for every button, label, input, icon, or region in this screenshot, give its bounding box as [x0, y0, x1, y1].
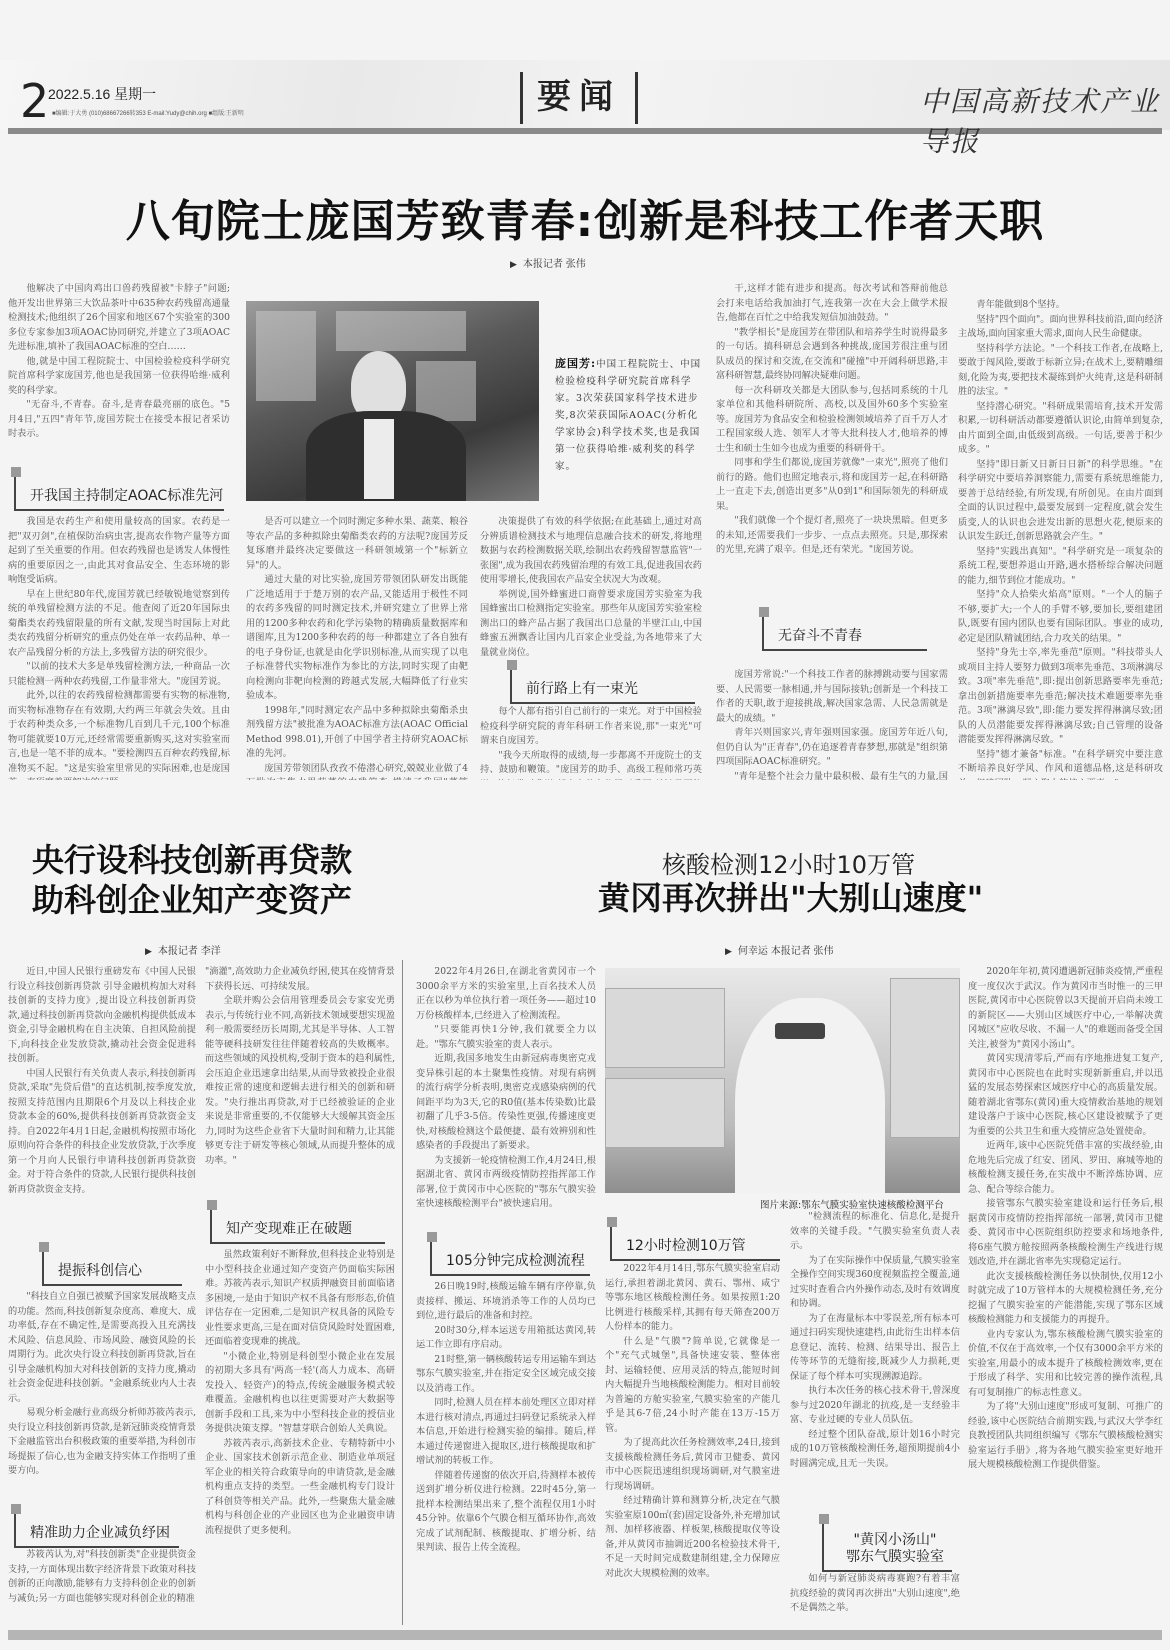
subhead-text: 无奋斗不青春: [778, 628, 862, 644]
subhead-text: 精准助力企业减负纾困: [30, 1525, 170, 1541]
paragraph: 1998年,"同时测定农产品中多种拟除虫菊酯杀虫剂残留方法"被批准为AOAC标准…: [246, 704, 468, 762]
paragraph: "检测流程的标准化、信息化,是提升效率的关键手段。"气膜实验室负责人表示。: [790, 1210, 960, 1254]
paragraph: "无奋斗,不青春。奋斗,是青春最亮丽的底色。"5月4日,"五四"青年节,庞国芳院…: [8, 398, 230, 442]
article1-col2b: 是否可以建立一个同时测定多种水果、蔬菜、粮谷等农产品的多种拟除虫菊酯类农药的方法…: [246, 515, 468, 780]
subhead-text: 前行路上有一束光: [526, 681, 638, 697]
article2-headline-line1: 央行设科技创新再贷款: [32, 840, 352, 880]
paragraph: "科技自立自强已被赋予国家发展战略支点的功能。然而,科技创新复杂度高、难度大、成…: [8, 1290, 196, 1406]
article2-col1c: 苏筱芮认为,对"科技创新类"企业提供资金支持,一方面体现出数字经济背景下政策对科…: [8, 1548, 196, 1623]
article1-col1: 他解决了中国肉鸡出口兽药残留被"卡脖子"问题;他开发出世界第三大饮品茶叶中635…: [8, 282, 230, 447]
page-number: 2: [20, 78, 49, 124]
subhead-ip: 知产变现难正在破题: [210, 1208, 385, 1244]
bottom-rule: [8, 1630, 1162, 1640]
paragraph: 为了提高此次任务检测效率,24日,接到支援核酸检测任务后,黄冈市卫健委、黄冈市中…: [605, 1436, 780, 1494]
subhead-text-line1: "黄冈小汤山": [838, 1532, 952, 1549]
paragraph: 2022年4月26日,在湖北省黄冈市一个3000余平方米的实验室里,上百名技术人…: [416, 965, 596, 1023]
paragraph: 庞国芳带领团队孜孜不倦潜心研究,兢兢业业做了4万批次市售水果蔬菜的农残筛查,摸清…: [246, 762, 468, 781]
article1-byline: ▶本报记者 张伟: [510, 255, 586, 270]
paragraph: "青年是整个社会力量中最积极、最有生气的力量,国家的希望在青年,民族的未来在青年…: [716, 770, 948, 781]
paragraph: 经过整个团队奋战,原计划16小时完成的10万管核酸检测任务,超预期提前4小时圆满…: [790, 1428, 960, 1472]
article2-col1: 近日,中国人民银行重磅发布《中国人民银行设立科技创新再贷款 引导金融机构加大对科…: [8, 965, 196, 1240]
subhead-105min: 105分钟完成检测流程: [430, 1240, 590, 1276]
square-marker-icon: [39, 1242, 49, 1252]
paragraph: 坚持"实践出真知"。"科学研究是一项复杂的系统工程,要想养退山开路,遇水搭桥综合…: [958, 545, 1163, 589]
subhead-text: 提振科创信心: [58, 1263, 142, 1279]
square-marker-icon: [427, 1232, 437, 1242]
paragraph: 21时整,第一辆核酸转运专用运输车到达鄂东气膜实验室,并在指定安全区域完成交接以…: [416, 1353, 596, 1397]
article2-col2b: 虽然政策利好不断释放,但科技企业特别是中小型科技企业通过知产变资产仍面临实际困难…: [205, 1248, 395, 1623]
paragraph: 是否可以建立一个同时测定多种水果、蔬菜、粮谷等农产品的多种拟除虫菊酯类农药的方法…: [246, 515, 468, 573]
section-title: 要闻: [520, 72, 638, 124]
subhead-confidence: 提振科创信心: [42, 1250, 182, 1286]
paragraph: 同时,检测人员在样本前处理区立即对样本进行核对清点,再通过扫码登记系统录入样本信…: [416, 1396, 596, 1469]
caption-text: 中国工程院院士、中国检验检疫科学研究院首席科学家。3次荣获国家科学技术进步奖,8…: [555, 359, 701, 472]
article1-photo-caption: 庞国芳:中国工程院院士、中国检验检疫科学研究院首席科学家。3次荣获国家科学技术进…: [555, 355, 705, 475]
paragraph: 此次支援核酸检测任务以快制快,仅用12小时就完成了10万管样本的大规模检测任务,…: [968, 1270, 1163, 1328]
paragraph: 执行本次任务的核心技术骨干,曾深度参与过2020年湖北的抗疫,是一支经验丰富、专…: [790, 1384, 960, 1428]
article3-col1b: 26日晚19时,核酸运输车辆有序停靠,负责接样、搬运、环境消杀等工作的人员均已到…: [416, 1280, 596, 1625]
issue-date: 2022.5.16 星期一: [48, 84, 156, 104]
square-marker-icon: [207, 1200, 217, 1210]
paragraph: 接管鄂东气膜实验室建设和运行任务后,根据黄冈市疫情防控指挥部统一部署,黄冈市卫健…: [968, 1197, 1163, 1270]
article3-col1: 2022年4月26日,在湖北省黄冈市一个3000余平方米的实验室里,上百名技术人…: [416, 965, 596, 1230]
paragraph: 坚持"身先士卒,率先垂范"原则。"科技带头人或项目主持人要努力做到3项率先垂范、…: [958, 646, 1163, 748]
byline-text: 本报记者 李洋: [158, 946, 221, 957]
paragraph: 近两年,该中心医院凭借丰富的实战经验,由危地先后完成了红安、团风、罗田、麻城等地…: [968, 1139, 1163, 1197]
article2-col2: "滴灌",高效助力企业减负纾困,使其在疫情背景下获得长远、可持续发展。 全联并购…: [205, 965, 395, 1190]
subhead-youth: 无奋斗不青春: [762, 615, 927, 651]
paragraph: 我国是农药生产和使用量较高的国家。农药是一把"双刃剑",在植保防治病虫害,提高农…: [8, 515, 230, 588]
article1-photo: [246, 301, 539, 501]
byline-text: 本报记者 张伟: [523, 259, 586, 270]
paragraph: 伴随着传递窗的依次开启,待测样本被传送到扩增分析仪进行检测。22时45分,第一批…: [416, 1469, 596, 1556]
paragraph: 每一次科研攻关都是大团队参与,包括同系统的十几家单位和其他科研院所、高校,以及国…: [716, 384, 948, 457]
article1-col5: 青年能做到8个坚持。 坚持"四个面向"。面向世界科技前沿,面向经济主战场,面向国…: [958, 298, 1163, 780]
article3-photo-source: 图片来源:鄂东气膜实验室快速核酸检测平台: [760, 1197, 944, 1211]
paragraph: 近日,中国人民银行重磅发布《中国人民银行设立科技创新再贷款 引导金融机构加大对科…: [8, 965, 196, 1067]
paragraph: "只要能再快1分钟,我们就要全力以赴。"鄂东气膜实验室的责人表示。: [416, 1023, 596, 1052]
byline-arrow-icon: ▶: [510, 259, 517, 269]
paragraph: 坚持"德才兼备"标准。"在科学研究中要注意不断培养良好学风、作风和道德品格,这是…: [958, 748, 1163, 781]
subhead-text: 开我国主持制定AOAC标准先河: [30, 488, 223, 504]
paragraph: 坚持科学方法论。"一个科技工作者,在战略上,要敢于闯风险,要敢于标新立异;在战术…: [958, 342, 1163, 400]
paragraph: 同事和学生们都说,庞国芳就像"一束光",照亮了他们前行的路。他们也照定地表示,将…: [716, 456, 948, 514]
subhead-aoac: 开我国主持制定AOAC标准先河: [14, 475, 224, 511]
subhead-light: 前行路上有一束光: [510, 668, 695, 704]
square-marker-icon: [759, 607, 769, 617]
subhead-text-line2: 鄂东气膜实验室: [838, 1549, 952, 1566]
paragraph: 全联并购公会信用管理委员会专家安光勇表示,与传统行业不同,高新技术领域要想实现盈…: [205, 994, 395, 1168]
article3-col4: 2020年年初,黄冈遭遇新冠肺炎疫情,严重程度一度仅次于武汉。作为黄冈市当时惟一…: [968, 965, 1163, 1625]
article3-col2: 2022年4月14日,鄂东气膜实验室启动运行,承担着湖北黄冈、黄石、鄂州、咸宁等…: [605, 1262, 780, 1627]
paragraph: 为了在海量标本中零误差,所有标本可通过扫码实现快速建档,由此衍生出样本信息登记、…: [790, 1312, 960, 1385]
paragraph: 中国人民银行有关负责人表示,科技创新再贷款,采取"先贷后借"的直达机制,按季度发…: [8, 1067, 196, 1198]
square-marker-icon: [507, 660, 517, 670]
paragraph: 20时30分,样本运送专用箱抵达黄冈,转运工作立即有序启动。: [416, 1324, 596, 1353]
paragraph: 他解决了中国肉鸡出口兽药残留被"卡脖子"问题;他开发出世界第三大饮品茶叶中635…: [8, 282, 230, 355]
subhead-text: 知产变现难正在破题: [226, 1221, 352, 1237]
paragraph: 决策提供了有效的科学依据;在此基础上,通过对高分辨质谱检测技术与地理信息融合技术…: [480, 515, 702, 588]
paragraph: "小微企业,特别是科创型小微企业在发展的初期大多具有'两高一轻'(高人力成本、高…: [205, 1350, 395, 1437]
caption-name: 庞国芳:: [555, 357, 596, 370]
column-divider: [402, 960, 403, 1625]
paragraph: 黄冈实现清零后,严而有序地推进复工复产,黄冈市中心医院也在此时实现新新重启,并以…: [968, 1052, 1163, 1139]
byline-arrow-icon: ▶: [145, 946, 152, 956]
paragraph: 庞国芳常说:"一个科技工作者的脉搏跳动要与国家需要、人民需要一脉相通,并与国际接…: [716, 668, 948, 726]
article3-photo: [605, 968, 960, 1193]
article1-col4: 干,这样才能有进步和提高。每次考试和答辩前他总会打来电话给我加油打气,连我第一次…: [716, 282, 948, 590]
paragraph: 如何与新冠肺炎病毒赛跑?有着丰富抗疫经验的黄冈再次拼出"大别山速度",绝不是偶然…: [790, 1572, 960, 1616]
byline-text: 何幸运 本报记者 张伟: [738, 946, 834, 957]
article1-col3c: 每个人都有指引自己前行的一束光。对于中国检验检疫科学研究院的青年科研工作者来说,…: [480, 705, 702, 780]
article3-headline-main: 黄冈再次拼出"大别山速度": [598, 878, 983, 918]
paragraph: 易观分析金融行业高级分析师苏筱芮表示,央行设立科技创新再贷款,是新冠肺炎疫情背景…: [8, 1406, 196, 1479]
paragraph: 近期,我国多地发生由新冠病毒奥密克戎变异株引起的本土聚集性疫情。对现有病例的流行…: [416, 1052, 596, 1154]
article2-col1b: "科技自立自强已被赋予国家发展战略支点的功能。然而,科技创新复杂度高、难度大、成…: [8, 1290, 196, 1505]
subhead-burden: 精准助力企业减负纾困: [14, 1512, 179, 1548]
paragraph: 每个人都有指引自己前行的一束光。对于中国检验检疫科学研究院的青年科研工作者来说,…: [480, 705, 702, 749]
paragraph: "我今天所取得的成绩,每一步都离不开庞院士的支持、鼓励和鞭策。"庞国芳的助手、高…: [480, 749, 702, 781]
subhead-xiaotangshan: "黄冈小汤山"鄂东气膜实验室: [822, 1522, 952, 1572]
byline-arrow-icon: ▶: [725, 946, 732, 956]
paragraph: 此外,以往的农药残留检测都需要有实物的标准物,而实物标准物存在有效期,大约两三年…: [8, 689, 230, 780]
subhead-text: 105分钟完成检测流程: [446, 1253, 585, 1269]
paragraph: 苏筱芮表示,高新技术企业、专精特新中小企业、国家技术创新示范企业、制造业单项冠军…: [205, 1437, 395, 1539]
square-marker-icon: [607, 1217, 617, 1227]
paragraph: "滴灌",高效助力企业减负纾困,使其在疫情背景下获得长远、可持续发展。: [205, 965, 395, 994]
paragraph: 2020年年初,黄冈遭遇新冠肺炎疫情,严重程度一度仅次于武汉。作为黄冈市当时惟一…: [968, 965, 1163, 1052]
article2-byline: ▶本报记者 李洋: [145, 942, 221, 957]
paragraph: 为了在实际操作中保质量,气膜实验室全操作空间实现360度视频监控全覆盖,通过实时…: [790, 1254, 960, 1312]
paragraph: 为了将"大别山速度"形成可复制、可推广的经验,该中心医院结合前期实践,与武汉大学…: [968, 1400, 1163, 1473]
paragraph: 他,就是中国工程院院士、中国检验检疫科学研究院首席科学家庞国芳,他也是我国第一位…: [8, 355, 230, 399]
paragraph: 早在上世纪80年代,庞国芳就已经敏锐地觉察到传统的单残留检测方法的不足。他查阅了…: [8, 588, 230, 661]
square-marker-icon: [11, 1504, 21, 1514]
article1-col4b: 庞国芳常说:"一个科技工作者的脉搏跳动要与国家需要、人民需要一脉相通,并与国际接…: [716, 668, 948, 780]
newspaper-logo: 中国高新技术产业导报: [920, 80, 1170, 160]
paragraph: 业内专家认为,鄂东核酸检测气膜实验室的价值,不仅在于高效率,一个仅有3000余平…: [968, 1328, 1163, 1401]
article2-headline-line2: 助科创企业知产变资产: [32, 880, 352, 920]
article1-col1b: 我国是农药生产和使用量较高的国家。农药是一把"双刃剑",在植保防治病虫害,提高农…: [8, 515, 230, 780]
paragraph: 坚持潜心研究。"科研成果需培育,技术开发需积累,一切科研活动都要遵循认识论,由简…: [958, 400, 1163, 458]
subhead-12h: 12小时检测10万管: [610, 1225, 780, 1261]
paragraph: 干,这样才能有进步和提高。每次考试和答辩前他总会打来电话给我加油打气,连我第一次…: [716, 282, 948, 326]
paragraph: "教学相长"是庞国芳在带团队和培养学生时说得最多的一句话。搞科研总会遇到各种挑战…: [716, 326, 948, 384]
paragraph: 为支援新一轮疫情检测工作,4月24日,根据湖北省、黄冈市两级疫情防控指挥部工作部…: [416, 1154, 596, 1212]
article1-headline: 八旬院士庞国芳致青春:创新是科技工作者天职: [0, 185, 1170, 249]
paragraph: "我们就像一个个提灯者,照亮了一块块黑暗。但更多的未知,还需要我们一步步、一点点…: [716, 514, 948, 558]
editor-line: ■编辑:于大勇 (010)68667266转353 E-mail:Yudy@ch…: [52, 108, 244, 117]
article3-col3: "检测流程的标准化、信息化,是提升效率的关键手段。"气膜实验室负责人表示。 为了…: [790, 1210, 960, 1510]
paragraph: 经过精确计算和测算分析,决定在气膜实验室原100㎡(套)固定设备外,补充增加试剂…: [605, 1494, 780, 1581]
paragraph: 坚持"即日新又日新日日新"的科学思维。"在科学研究中要培养洞察能力,需要有系统思…: [958, 458, 1163, 545]
article3-headline-top: 核酸检测12小时10万管: [662, 845, 915, 880]
paragraph: 苏筱芮认为,对"科技创新类"企业提供资金支持,一方面体现出数字经济背景下政策对科…: [8, 1548, 196, 1606]
paragraph: "以前的技术大多是单残留检测方法,一种商品一次只能检测一两种农药残留,工作量非常…: [8, 660, 230, 689]
paragraph: 虽然政策利好不断释放,但科技企业特别是中小型科技企业通过知产变资产仍面临实际困难…: [205, 1248, 395, 1350]
paragraph: 2022年4月14日,鄂东气膜实验室启动运行,承担着湖北黄冈、黄石、鄂州、咸宁等…: [605, 1262, 780, 1335]
paragraph: 26日晚19时,核酸运输车辆有序停靠,负责接样、搬运、环境消杀等工作的人员均已到…: [416, 1280, 596, 1324]
paragraph: 坚持"四个面向"。面向世界科技前沿,面向经济主战场,面向国家重大需求,面向人民生…: [958, 313, 1163, 342]
paragraph: 什么是"气膜"?简单说,它就像是一个"充气式城堡",具备快速安装、整体密封、运输…: [605, 1335, 780, 1437]
square-marker-icon: [819, 1514, 829, 1524]
square-marker-icon: [11, 467, 21, 477]
subhead-text: 12小时检测10万管: [626, 1238, 746, 1254]
paragraph: 通过大量的对比实验,庞国芳带领团队研发出既能广泛地适用于于楚万别的农产品,又能适…: [246, 573, 468, 704]
article3-col3b: 如何与新冠肺炎病毒赛跑?有着丰富抗疫经验的黄冈再次拼出"大别山速度",绝不是偶然…: [790, 1572, 960, 1627]
article3-byline: ▶何幸运 本报记者 张伟: [725, 942, 833, 957]
paragraph: 青年兴则国家兴,青年强则国家强。庞国芳年近八旬,但仍自认为"正青春",仍在追逐着…: [716, 726, 948, 770]
paragraph: 坚持"众人拾柴火焰高"原则。"一个人的脑子不够,要扩大;一个人的手臂不够,要加长…: [958, 588, 1163, 646]
paragraph: 举例说,国外蜂蜜进口商曾要求庞国芳实验室为我国蜂蜜出口检测指定实验室。那些年从庞…: [480, 588, 702, 661]
paragraph: 青年能做到8个坚持。: [958, 298, 1163, 313]
article1-col3b: 决策提供了有效的科学依据;在此基础上,通过对高分辨质谱检测技术与地理信息融合技术…: [480, 515, 702, 663]
